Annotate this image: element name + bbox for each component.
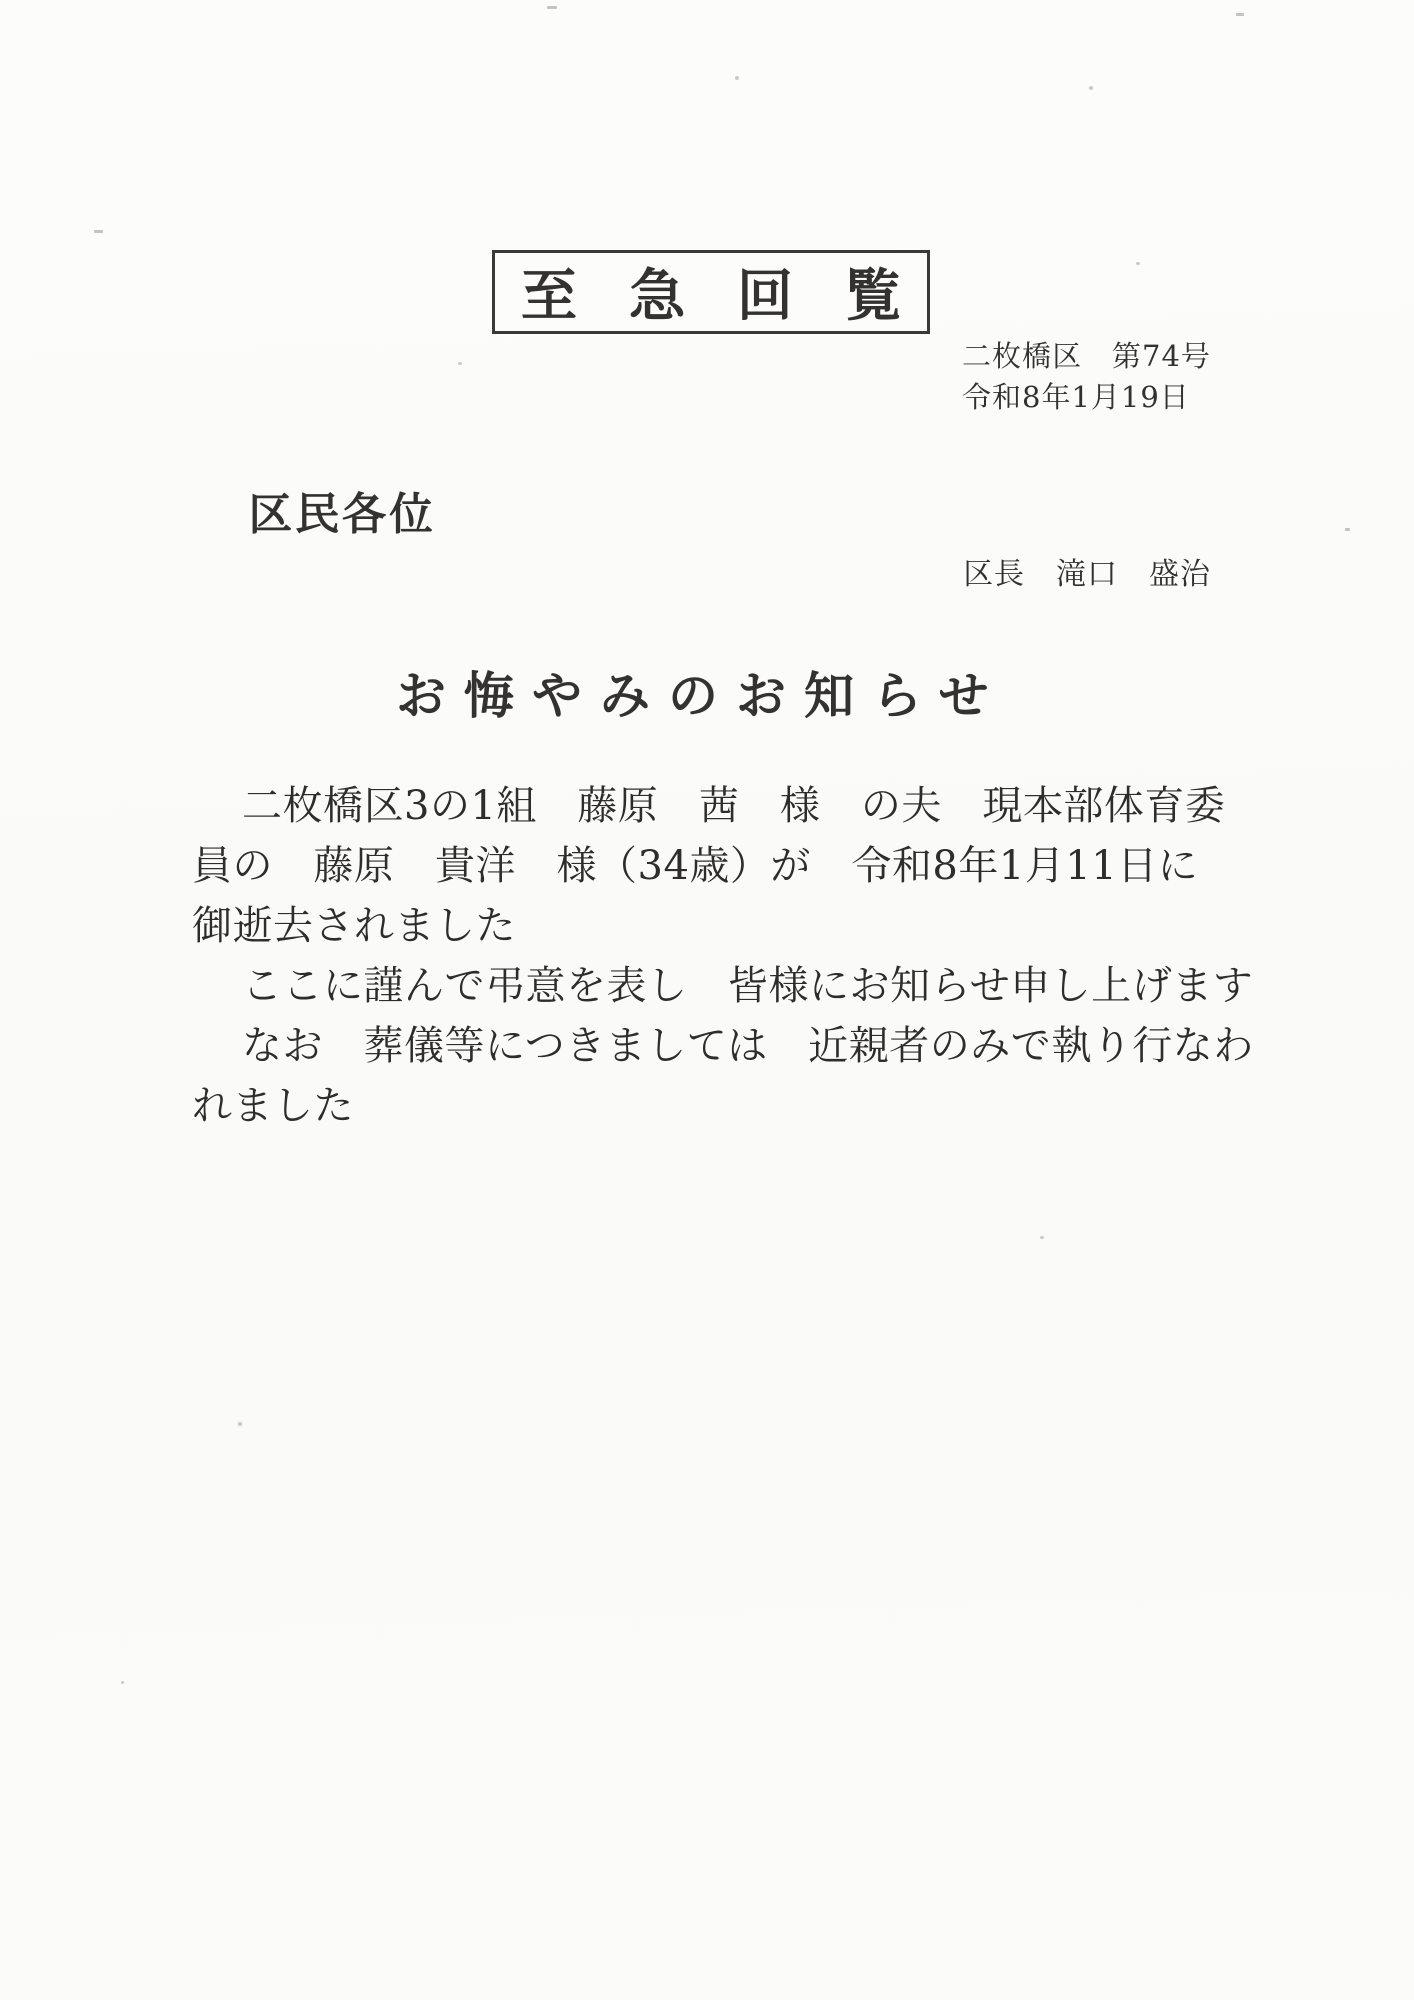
scan-speck (1345, 528, 1350, 531)
scan-speck (1236, 13, 1244, 16)
scan-speck (1136, 262, 1140, 265)
urgent-circular-box: 至急回覧 (492, 250, 930, 334)
scan-speck (458, 362, 462, 365)
body-line-6: れました (192, 1076, 1212, 1136)
body-line-5: なお 葬儀等につきましては 近親者のみで執り行なわ (192, 1016, 1212, 1076)
urgent-circular-label: 至急回覧 (521, 252, 953, 332)
notice-body: 二枚橋区3の1組 藤原 茜 様 の夫 現本部体育委 員の 藤原 貴洋 様（34歳… (192, 776, 1212, 1136)
scan-speck (735, 76, 739, 80)
scan-speck (1089, 86, 1093, 90)
scan-speck (121, 1681, 124, 1684)
scan-speck (1040, 1236, 1044, 1239)
notice-title: お悔やみのお知らせ (396, 656, 1007, 728)
sender-line: 区長 滝口 盛治 (963, 549, 1211, 593)
doc-number-line: 二枚橋区 第74号 (962, 336, 1211, 377)
body-line-4: ここに謹んで弔意を表し 皆様にお知らせ申し上げます (192, 956, 1212, 1016)
body-line-3: 御逝去されました (192, 896, 1212, 956)
body-line-2: 員の 藤原 貴洋 様（34歳）が 令和8年1月11日に (192, 836, 1212, 896)
doc-date-line: 令和8年1月19日 (962, 377, 1211, 418)
scan-speck (94, 230, 103, 233)
body-line-1: 二枚橋区3の1組 藤原 茜 様 の夫 現本部体育委 (192, 776, 1212, 836)
addressee-line: 区民各位 (248, 478, 436, 542)
scanned-notice-page: 至急回覧 二枚橋区 第74号 令和8年1月19日 区民各位 区長 滝口 盛治 お… (0, 0, 1414, 2000)
document-meta: 二枚橋区 第74号 令和8年1月19日 (962, 336, 1211, 418)
scan-speck (238, 1422, 242, 1426)
scan-speck (547, 6, 557, 9)
